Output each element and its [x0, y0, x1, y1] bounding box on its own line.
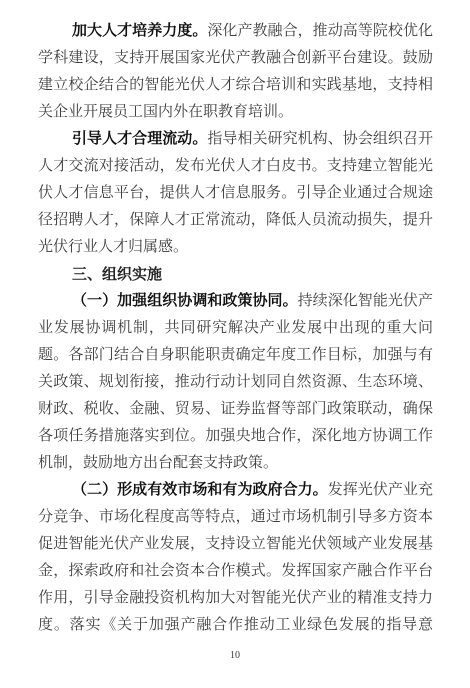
- text-line: 业发展协调机制，共同研究解决产业发展中出现的重大问: [38, 315, 433, 342]
- paragraph-talent-training: 加大人才培养力度。深化产教融合，推动高等院校优化 学科建设，支持开展国家光伏产教…: [38, 18, 433, 126]
- text-line: 建立校企结合的智能光伏人才综合培训和实践基地，支持相: [38, 72, 433, 99]
- paragraph-lead: （二）形成有效市场和有为政府合力。: [72, 482, 328, 498]
- paragraph-lead: （一）加强组织协调和政策协同。: [72, 293, 298, 309]
- text-line: 学科建设，支持开展国家光伏产教融合创新平台建设。鼓励: [38, 45, 433, 72]
- text-line: 光伏行业人才归属感。: [38, 234, 433, 261]
- text-line: 关企业开展员工国内外在职教育培训。: [38, 99, 433, 126]
- text-line: 关政策、规划衔接，推动行动计划同自然资源、生态环境、: [38, 369, 433, 396]
- text-line: 引导人才合理流动。指导相关研究机构、协会组织召开: [38, 126, 433, 153]
- section-heading: 三、组织实施: [38, 261, 433, 288]
- text-line: （二）形成有效市场和有为政府合力。发挥光伏产业充: [38, 477, 433, 504]
- text-line: 作用，引导金融投资机构加大对智能光伏产业的精准支持力: [38, 585, 433, 612]
- text-line: 各项任务措施落实到位。加强央地合作，深化地方协调工作: [38, 423, 433, 450]
- paragraph-talent-mobility: 引导人才合理流动。指导相关研究机构、协会组织召开 人才交流对接活动，发布光伏人才…: [38, 126, 433, 261]
- text-line: 伏人才信息平台，提供人才信息服务。引导企业通过合规途: [38, 180, 433, 207]
- text-line: 径招聘人才，保障人才正常流动，降低人员流动损失，提升: [38, 207, 433, 234]
- document-body: 加大人才培养力度。深化产教融合，推动高等院校优化 学科建设，支持开展国家光伏产教…: [38, 18, 433, 639]
- document-page: 加大人才培养力度。深化产教融合，推动高等院校优化 学科建设，支持开展国家光伏产教…: [0, 0, 470, 688]
- paragraph-text: 深化产教融合，推动高等院校优化: [207, 23, 433, 39]
- text-line: 加大人才培养力度。深化产教融合，推动高等院校优化: [38, 18, 433, 45]
- paragraph-lead: 引导人才合理流动。: [72, 131, 207, 147]
- text-line: 机制，鼓励地方出台配套支持政策。: [38, 450, 433, 477]
- paragraph-coordination-policy: （一）加强组织协调和政策协同。持续深化智能光伏产 业发展协调机制，共同研究解决产…: [38, 288, 433, 477]
- text-line: 财政、税收、金融、贸易、证券监督等部门政策联动，确保: [38, 396, 433, 423]
- text-line: 人才交流对接活动，发布光伏人才白皮书。支持建立智能光: [38, 153, 433, 180]
- text-line: 题。各部门结合自身职能职责确定年度工作目标，加强与有: [38, 342, 433, 369]
- paragraph-text: 持续深化智能光伏产: [298, 293, 433, 309]
- text-line: （一）加强组织协调和政策协同。持续深化智能光伏产: [38, 288, 433, 315]
- text-line: 金，探索政府和社会资本合作模式。发挥国家产融合作平台: [38, 558, 433, 585]
- paragraph-text: 指导相关研究机构、协会组织召开: [207, 131, 433, 147]
- page-number: 10: [0, 650, 470, 661]
- paragraph-market-government: （二）形成有效市场和有为政府合力。发挥光伏产业充 分竞争、市场化程度高等特点，通…: [38, 477, 433, 639]
- paragraph-text: 发挥光伏产业充: [328, 482, 433, 498]
- text-line: 分竞争、市场化程度高等特点，通过市场机制引导多方资本: [38, 504, 433, 531]
- paragraph-lead: 加大人才培养力度。: [72, 23, 207, 39]
- text-line: 度。落实《关于加强产融合作推动工业绿色发展的指导意: [38, 612, 433, 639]
- text-line: 促进智能光伏产业发展，支持设立智能光伏领域产业发展基: [38, 531, 433, 558]
